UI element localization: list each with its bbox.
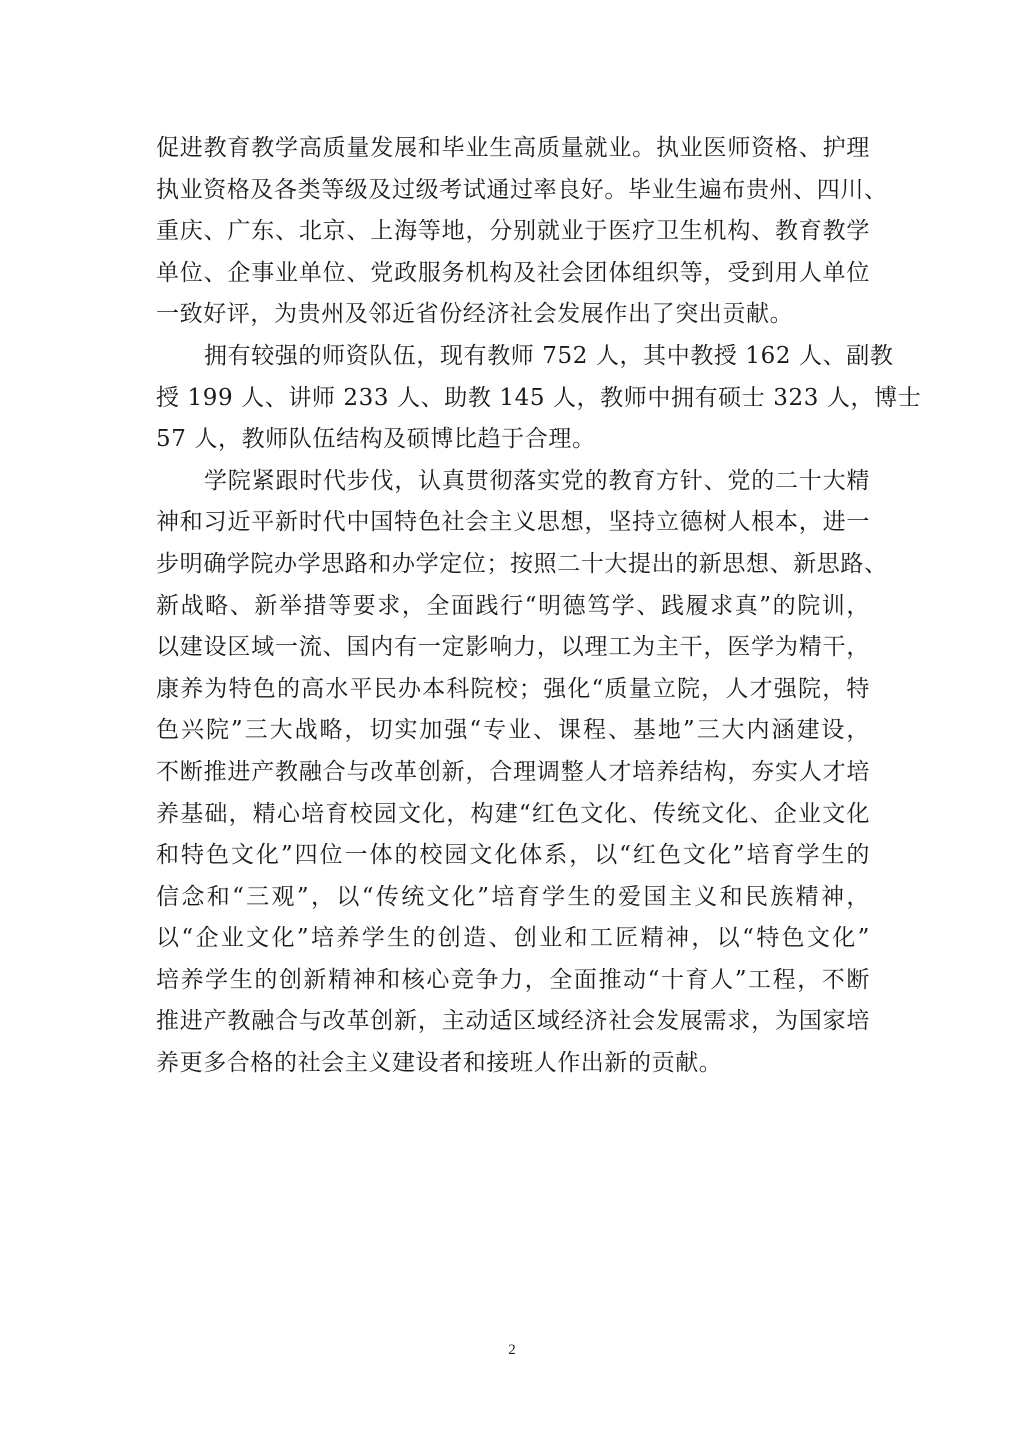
- paragraph-3-line-12: 以“企业文化”培养学生的创造、创业和工匠精神，以“特色文化”: [156, 918, 870, 960]
- paragraph-1-line-4: 单位、企事业单位、党政服务机构及社会团体组织等，受到用人单位: [156, 253, 870, 295]
- paragraph-2-line-2: 授 199 人、讲师 233 人、助教 145 人，教师中拥有硕士 323 人，…: [156, 378, 870, 420]
- paragraph-3-line-11: 信念和“三观”，以“传统文化”培育学生的爱国主义和民族精神，: [156, 877, 870, 919]
- page-number: 2: [0, 1342, 1024, 1359]
- paragraph-3-line-7: 色兴院”三大战略，切实加强“专业、课程、基地”三大内涵建设，: [156, 710, 870, 752]
- paragraph-3-line-5: 以建设区域一流、国内有一定影响力，以理工为主干，医学为精干，: [156, 627, 870, 669]
- paragraph-3-line-14: 推进产教融合与改革创新，主动适区域经济社会发展需求，为国家培: [156, 1001, 870, 1043]
- document-body: 促进教育教学高质量发展和毕业生高质量就业。执业医师资格、护理 执业资格及各类等级…: [156, 128, 870, 1085]
- paragraph-3-line-3: 步明确学院办学思路和办学定位；按照二十大提出的新思想、新思路、: [156, 544, 870, 586]
- paragraph-3-line-6: 康养为特色的高水平民办本科院校；强化“质量立院，人才强院，特: [156, 669, 870, 711]
- paragraph-1-line-2: 执业资格及各类等级及过级考试通过率良好。毕业生遍布贵州、四川、: [156, 170, 870, 212]
- paragraph-2-line-3: 57 人，教师队伍结构及硕博比趋于合理。: [156, 419, 870, 461]
- paragraph-3-line-9: 养基础，精心培育校园文化，构建“红色文化、传统文化、企业文化: [156, 794, 870, 836]
- paragraph-3-line-1: 学院紧跟时代步伐，认真贯彻落实党的教育方针、党的二十大精: [156, 461, 870, 503]
- paragraph-3-line-10: 和特色文化”四位一体的校园文化体系，以“红色文化”培育学生的: [156, 835, 870, 877]
- paragraph-2-line-1: 拥有较强的师资队伍，现有教师 752 人，其中教授 162 人、副教: [156, 336, 870, 378]
- paragraph-1-line-3: 重庆、广东、北京、上海等地，分别就业于医疗卫生机构、教育教学: [156, 211, 870, 253]
- paragraph-1-line-1: 促进教育教学高质量发展和毕业生高质量就业。执业医师资格、护理: [156, 128, 870, 170]
- paragraph-3-line-4: 新战略、新举措等要求，全面践行“明德笃学、践履求真”的院训，: [156, 586, 870, 628]
- paragraph-3-line-8: 不断推进产教融合与改革创新，合理调整人才培养结构，夯实人才培: [156, 752, 870, 794]
- paragraph-3-line-13: 培养学生的创新精神和核心竞争力，全面推动“十育人”工程，不断: [156, 960, 870, 1002]
- paragraph-3-line-2: 神和习近平新时代中国特色社会主义思想，坚持立德树人根本，进一: [156, 502, 870, 544]
- paragraph-3-line-15: 养更多合格的社会主义建设者和接班人作出新的贡献。: [156, 1043, 870, 1085]
- paragraph-1-line-5: 一致好评，为贵州及邻近省份经济社会发展作出了突出贡献。: [156, 294, 870, 336]
- document-page: 促进教育教学高质量发展和毕业生高质量就业。执业医师资格、护理 执业资格及各类等级…: [0, 0, 1024, 1448]
